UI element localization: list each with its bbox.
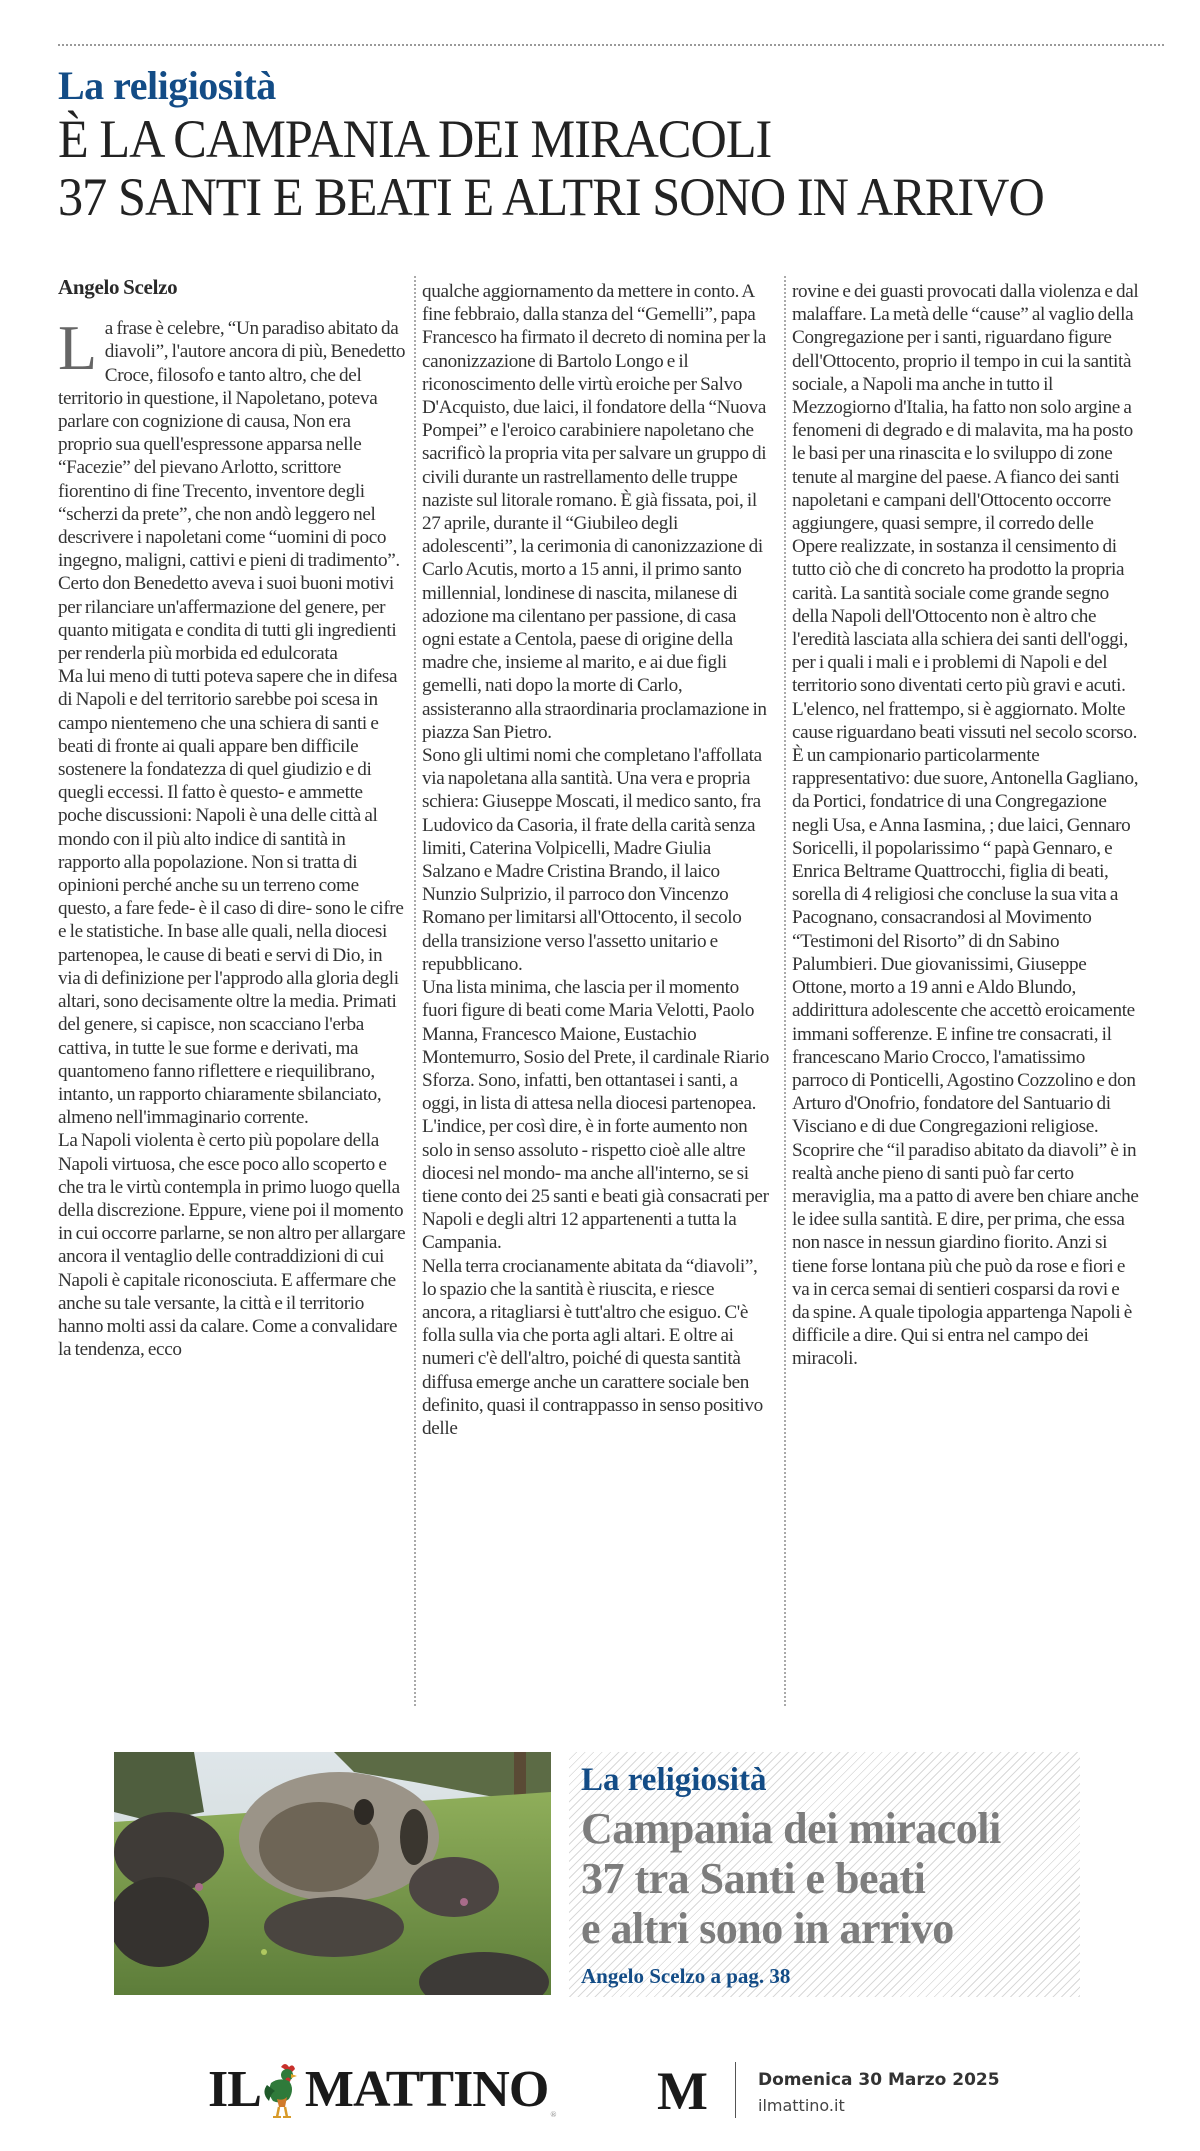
paragraph: L'indice, per così dire, è in forte aume… (422, 1115, 770, 1254)
paragraph: qualche aggiornamento da mettere in cont… (422, 280, 770, 744)
rooster-icon (263, 2061, 303, 2119)
column-divider (784, 276, 786, 1706)
paragraph: La frase è celebre, “Un paradiso abitato… (58, 317, 406, 572)
headline-line-1: È LA CAMPANIA DEI MIRACOLI (58, 110, 1044, 168)
website-link[interactable]: ilmattino.it (758, 2096, 845, 2115)
paragraph: La Napoli violenta è certo più popolare … (58, 1129, 406, 1361)
front-page-teaser[interactable]: La religiosità Campania dei miracoli 37 … (114, 1752, 1080, 1997)
paragraph: Scoprire che “il paradiso abitato da dia… (792, 1139, 1140, 1371)
headline-line-2: 37 SANTI E BEATI E ALTRI SONO IN ARRIVO (58, 168, 1044, 226)
top-dotted-rule (58, 44, 1164, 46)
paragraph: rovine e dei guasti provocati dalla viol… (792, 280, 1140, 698)
trademark-icon: ® (550, 2110, 555, 2119)
teaser-page-reference[interactable]: Angelo Scelzo a pag. 38 (581, 1964, 790, 1989)
issue-date: Domenica 30 Marzo 2025 (758, 2070, 1000, 2090)
drop-cap: L (58, 321, 97, 373)
teaser-photo (114, 1752, 551, 1995)
photo-landscape-icon (114, 1752, 551, 1995)
article-column-1: Angelo Scelzo La frase è celebre, “Un pa… (58, 276, 406, 1361)
article-column-3: rovine e dei guasti provocati dalla viol… (792, 280, 1140, 1371)
byline: Angelo Scelzo (58, 276, 406, 299)
column-divider (414, 276, 416, 1706)
paragraph: Una lista minima, che lascia per il mome… (422, 976, 770, 1115)
teaser-kicker: La religiosità (581, 1762, 766, 1799)
il-mattino-logo[interactable]: IL MATTINO ® (208, 2060, 555, 2119)
article-column-2: qualche aggiornamento da mettere in cont… (422, 280, 770, 1440)
section-kicker: La religiosità (58, 62, 276, 109)
headline: È LA CAMPANIA DEI MIRACOLI 37 SANTI E BE… (58, 110, 1044, 226)
m-mark-logo: M (657, 2060, 708, 2122)
paragraph: L'elenco, nel frattempo, si è aggiornato… (792, 698, 1140, 1139)
masthead-footer: IL MATTINO ® M Domenica 30 Marzo 2025 il… (0, 2040, 1200, 2140)
article-body: Angelo Scelzo La frase è celebre, “Un pa… (58, 276, 1158, 1706)
footer-divider (735, 2062, 736, 2118)
paragraph: Certo don Benedetto aveva i suoi buoni m… (58, 572, 406, 665)
paragraph: Nella terra crocianamente abitata da “di… (422, 1255, 770, 1441)
teaser-panel[interactable]: La religiosità Campania dei miracoli 37 … (569, 1752, 1080, 1997)
paragraph: Sono gli ultimi nomi che completano l'af… (422, 744, 770, 976)
paragraph: Ma lui meno di tutti poteva sapere che i… (58, 665, 406, 1129)
teaser-title[interactable]: Campania dei miracoli 37 tra Santi e bea… (581, 1804, 1001, 1954)
